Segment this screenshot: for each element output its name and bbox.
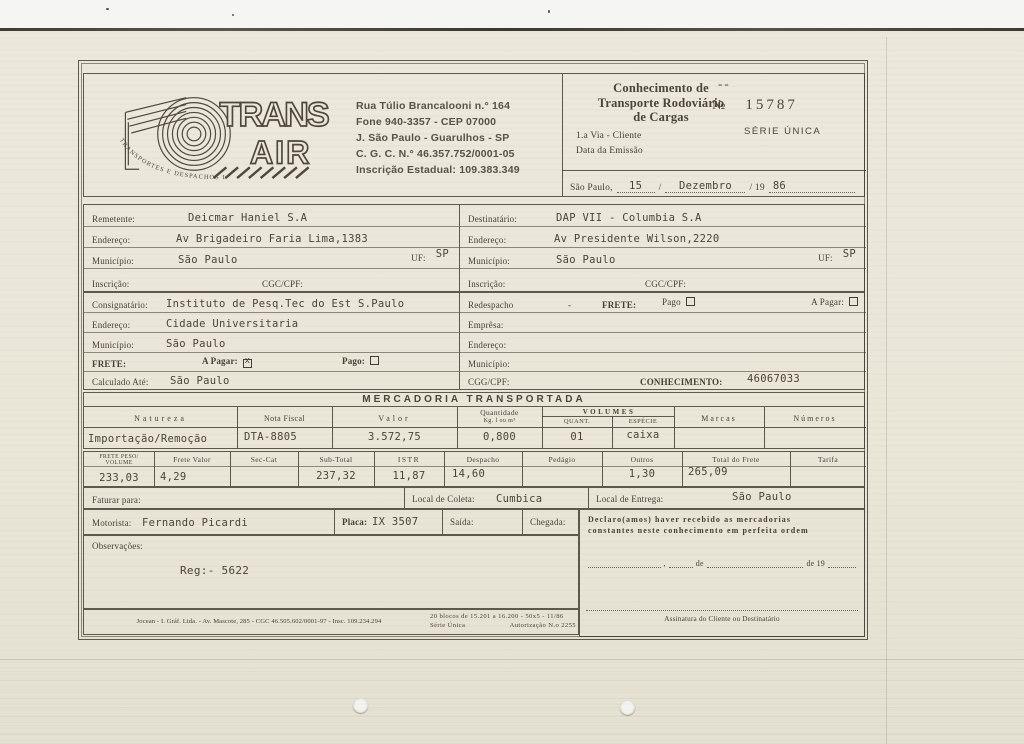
signature-caption: Assinatura do Cliente ou Destinatário xyxy=(580,615,864,623)
inscricao-row: Inscrição: CGC/CPF: xyxy=(84,269,459,291)
placa-label: Placa: xyxy=(342,517,367,527)
scanner-background xyxy=(0,0,1024,30)
endereco-label: Endereço: xyxy=(468,235,542,245)
endereco-label: Endereço: xyxy=(468,340,506,350)
endereco-row: Endereço: Cidade Universitaria xyxy=(84,313,459,333)
destinatario-value: DAP VII - Columbia S.A xyxy=(556,212,702,224)
pago-label: Pago: xyxy=(342,356,365,366)
logo-tagline: TRANSPORTES E DESPACHOS LTDA. xyxy=(96,82,227,181)
emission-date-line: São Paulo, 15 / Dezembro / 19 86 xyxy=(570,173,862,196)
entrega-value: São Paulo xyxy=(732,491,792,503)
driver-row: Motorista: Fernando Picardi Placa: IX 35… xyxy=(83,509,579,535)
header-rule xyxy=(562,170,866,171)
checkbox-mark: x xyxy=(245,356,250,366)
col-header-tarifa: Tarifa xyxy=(790,453,866,465)
logo-word-air: AIR xyxy=(250,134,312,170)
uf-group: UF: SP xyxy=(818,248,856,266)
header-divider xyxy=(562,74,563,196)
paper-fold-line xyxy=(886,37,887,744)
cell-divider xyxy=(404,488,405,508)
via-label: 1.a Via - Cliente xyxy=(576,131,641,141)
date-separator: / xyxy=(659,183,662,193)
declaration-box: Declaro(amos) haver recebido as mercador… xyxy=(579,509,865,637)
col-header-sec-cat: Sec-Cat xyxy=(230,453,298,465)
col-header-pedagio: Pedágio xyxy=(522,453,602,465)
header-underline xyxy=(84,427,866,428)
freight-form: TRANS AIR TRANSPORTES E DESPACHOS LTDA. … xyxy=(78,60,868,640)
autorizacao-label: Autorização N.o 2255 xyxy=(510,622,576,629)
col-header-quantidade-unit: Kg. l ou m³ xyxy=(457,417,542,425)
mercadoria-title: MERCADORIA TRANSPORTADA xyxy=(84,393,864,407)
nota-fiscal-value: DTA-8805 xyxy=(244,431,297,443)
cgg-conhecimento-row: CGG/CPF: CONHECIMENTO: 46067033 xyxy=(460,372,866,389)
municipio-label: Município: xyxy=(468,256,542,266)
pago-label: Pago xyxy=(662,297,681,307)
municipio-value: São Paulo xyxy=(166,338,226,350)
destinatario-row: Destinatário: DAP VII - Columbia S.A xyxy=(460,205,866,227)
municipio-label: Município: xyxy=(92,340,164,350)
a-pagar-label: A Pagar: xyxy=(811,297,844,307)
col-header-nota-fiscal: Nota Fiscal xyxy=(237,411,332,425)
logo-hatch xyxy=(214,167,309,178)
coleta-label: Local de Coleta: xyxy=(412,494,475,504)
cell-divider xyxy=(588,488,589,508)
col-header-especie: ESPÉCIE xyxy=(612,417,674,426)
placa-value: IX 3507 xyxy=(372,516,418,528)
endereco-label: Endereço: xyxy=(92,235,162,245)
scanned-freight-document: TRANS AIR TRANSPORTES E DESPACHOS LTDA. … xyxy=(0,0,1024,744)
entrega-label: Local de Entrega: xyxy=(596,494,663,504)
number-dashes: -- xyxy=(718,76,731,92)
uf-group: UF: SP xyxy=(411,248,449,266)
municipio-label: Município: xyxy=(92,256,162,266)
col-header-quantidade: Quantidade xyxy=(457,407,542,417)
endereco-row: Endereço: Av Presidente Wilson,2220 xyxy=(460,227,866,248)
despacho-value: 14,60 xyxy=(452,468,485,480)
de19-label: de 19 xyxy=(806,559,825,568)
numero-sign: № xyxy=(712,98,725,113)
conhecimento-label: CONHECIMENTO: xyxy=(640,377,722,387)
company-address-block: Rua Túlio Brancalooni n.° 164 Fone 940-3… xyxy=(356,98,561,178)
checkbox-pago-empty xyxy=(686,297,695,306)
a-pagar-group: A Pagar:x xyxy=(202,351,252,369)
cell-divider xyxy=(334,510,335,534)
declaration-line2: constantes neste conhecimento em perfeit… xyxy=(588,526,809,535)
scan-speck xyxy=(232,14,234,16)
consignatario-value: Instituto de Pesq.Tec do Est S.Paulo xyxy=(166,298,404,310)
date-day: 15 xyxy=(617,180,655,193)
motorista-value: Fernando Picardi xyxy=(142,517,248,529)
uf-value: SP xyxy=(843,248,856,260)
endereco-label: Endereço: xyxy=(92,320,164,330)
municipio-row: Município: São Paulo xyxy=(84,333,459,353)
paper-smudges xyxy=(0,671,1024,744)
redespacho-dash: - xyxy=(568,300,571,310)
blank-month xyxy=(707,558,804,568)
quant-value: 01 xyxy=(542,431,612,443)
remetente-row: Remetente: Deicmar Haniel S.A xyxy=(84,205,459,227)
endereco-value: Cidade Universitaria xyxy=(166,318,298,330)
natureza-value: Importação/Remoção xyxy=(88,433,207,445)
redespacho-label: Redespacho xyxy=(468,300,513,310)
billing-row: Faturar para: Local de Coleta: Cumbica L… xyxy=(83,487,865,509)
calculado-value: São Paulo xyxy=(170,375,230,387)
cgc-cpf-label: CGC/CPF: xyxy=(262,279,303,289)
cell-divider xyxy=(522,510,523,534)
conhecimento-value: 46067033 xyxy=(747,373,800,385)
address-line: Rua Túlio Brancalooni n.° 164 xyxy=(356,98,561,114)
date-year: 86 xyxy=(769,180,855,193)
serie-label: SÉRIE ÚNICA xyxy=(744,126,821,137)
print-run-line1: 20 blocos de 15.201 a 16.200 - 50x5 - 11… xyxy=(430,613,576,620)
col-header-frete-peso: FRETE PESO/ VOLUME xyxy=(84,453,154,466)
blank-day xyxy=(669,558,693,568)
chegada-label: Chegada: xyxy=(530,517,566,527)
a-pagar-group: A Pagar: xyxy=(811,292,858,310)
istr-value: 11,87 xyxy=(374,469,444,482)
municipio-label: Município: xyxy=(468,359,510,369)
col-header-despacho: Despacho xyxy=(444,453,522,465)
transair-logo: TRANS AIR TRANSPORTES E DESPACHOS LTDA. xyxy=(96,82,341,184)
municipio-row: Município: São Paulo UF: SP xyxy=(460,248,866,269)
coleta-value: Cumbica xyxy=(496,493,542,505)
observacoes-label: Observações: xyxy=(92,541,143,551)
print-run-info: 20 blocos de 15.201 a 16.200 - 50x5 - 11… xyxy=(430,613,576,629)
address-line: Fone 940-3357 - CEP 07000 xyxy=(356,114,561,130)
punch-hole-left xyxy=(353,698,368,713)
consignatario-row: Consignatário: Instituto de Pesq.Tec do … xyxy=(84,293,459,313)
date-month: Dezembro xyxy=(665,180,745,193)
col-header-quant: QUANT. xyxy=(542,417,612,426)
numero-value: 15787 xyxy=(745,97,798,113)
signature-line xyxy=(586,610,858,611)
frete-row: FRETE: A Pagar:x Pago: xyxy=(84,353,459,372)
valor-value: 3.572,75 xyxy=(332,431,457,443)
inscricao-label: Inscrição: xyxy=(468,279,505,289)
col-header-outros: Outros xyxy=(602,453,682,465)
frete-peso-value: 233,03 xyxy=(84,471,154,484)
remetente-value: Deicmar Haniel S.A xyxy=(188,212,307,224)
consignatario-section: Consignatário: Instituto de Pesq.Tec do … xyxy=(84,293,459,389)
saida-label: Saída: xyxy=(450,517,474,527)
inscricao-row: Inscrição: CGC/CPF: xyxy=(460,269,866,291)
print-run-line2: Série Única Autorização N.o 2255 xyxy=(430,622,576,629)
municipio-value: São Paulo xyxy=(178,254,238,266)
logo-word-trans: TRANS xyxy=(219,96,328,134)
comma: , xyxy=(664,559,666,568)
col-header-volumes: V O L U M E S xyxy=(542,407,674,416)
date-de19: / 19 xyxy=(749,183,764,193)
empresa-row: Emprêsa: xyxy=(460,313,866,333)
destinatario-section: Destinatário: DAP VII - Columbia S.A End… xyxy=(460,205,866,291)
observations-box: Observações: Reg:- 5622 xyxy=(83,535,579,609)
address-line: C. G. C. N.° 46.357.752/0001-05 xyxy=(356,146,561,162)
col-header-istr: ISTR xyxy=(374,453,444,465)
uf-value: SP xyxy=(436,248,449,260)
checkbox-a-pagar-checked: x xyxy=(243,359,252,368)
punch-hole-right xyxy=(620,700,635,715)
calculado-label: Calculado Até: xyxy=(92,377,164,387)
print-shop-info: Jocean - I. Gráf. Ltda. - Av. Mascote, 2… xyxy=(94,618,424,625)
document-number: № 15787 xyxy=(712,96,798,114)
frete-label: FRETE: xyxy=(92,359,126,369)
serie-unica-label: Série Única xyxy=(430,622,465,629)
emission-label: Data da Emissão xyxy=(576,146,643,156)
remetente-section: Remetente: Deicmar Haniel S.A Endereço: … xyxy=(84,205,459,291)
checkbox-pago-empty xyxy=(370,356,379,365)
paper-crease-line xyxy=(0,659,1024,660)
outros-value: 1,30 xyxy=(602,467,682,480)
cgc-cpf-label: CGC/CPF: xyxy=(645,279,686,289)
blank-city xyxy=(588,558,661,568)
sub-total-value: 237,32 xyxy=(298,469,374,482)
consignatario-label: Consignatário: xyxy=(92,300,164,310)
de-label: de xyxy=(696,559,704,568)
total-frete-value: 265,09 xyxy=(688,466,728,478)
col-header-frete-valor: Frete Valor xyxy=(154,453,230,465)
a-pagar-label: A Pagar: xyxy=(202,356,238,366)
quantidade-value: 0,800 xyxy=(457,431,542,443)
motorista-label: Motorista: xyxy=(92,518,132,528)
redespacho-row: Redespacho - FRETE: Pago A Pagar: xyxy=(460,293,866,313)
cell-divider xyxy=(442,510,443,534)
col-header-marcas: Marcas xyxy=(674,411,764,425)
col-header-natureza: Natureza xyxy=(84,411,237,425)
uf-label: UF: xyxy=(411,253,426,263)
redespacho-section: Redespacho - FRETE: Pago A Pagar: Emprês… xyxy=(460,293,866,389)
cgg-label: CGG/CPF: xyxy=(468,377,510,387)
remetente-label: Remetente: xyxy=(92,214,162,224)
checkbox-a-pagar-empty xyxy=(849,297,858,306)
uf-label: UF: xyxy=(818,253,833,263)
especie-value: caixa xyxy=(612,429,674,441)
frete-label: FRETE: xyxy=(602,300,636,310)
address-line: Inscrição Estadual: 109.383.349 xyxy=(356,162,561,178)
blank-year xyxy=(828,558,856,568)
parties-band: Remetente: Deicmar Haniel S.A Endereço: … xyxy=(83,204,865,292)
declaration-line1: Declaro(amos) haver recebido as mercador… xyxy=(588,515,791,524)
scan-speck xyxy=(548,10,550,13)
endereco-value: Av Brigadeiro Faria Lima,1383 xyxy=(176,233,368,245)
frete-values-table: FRETE PESO/ VOLUME Frete Valor Sec-Cat S… xyxy=(83,451,865,487)
endereco-value: Av Presidente Wilson,2220 xyxy=(554,233,720,245)
endereco-row: Endereço: xyxy=(460,333,866,353)
print-shop-footer: Jocean - I. Gráf. Ltda. - Av. Mascote, 2… xyxy=(83,609,579,635)
mercadoria-table: MERCADORIA TRANSPORTADA Natureza Nota Fi… xyxy=(83,392,865,449)
address-line: J. São Paulo - Guarulhos - SP xyxy=(356,130,561,146)
faturar-label: Faturar para: xyxy=(92,495,141,505)
date-city: São Paulo, xyxy=(570,183,613,193)
endereco-row: Endereço: Av Brigadeiro Faria Lima,1383 xyxy=(84,227,459,248)
municipio-row: Município: São Paulo UF: SP xyxy=(84,248,459,269)
header-underline xyxy=(84,466,866,467)
paper-sheet: TRANS AIR TRANSPORTES E DESPACHOS LTDA. … xyxy=(0,31,1024,744)
pago-group: Pago: xyxy=(342,351,379,369)
scan-speck xyxy=(106,8,109,10)
observacoes-value: Reg:- 5622 xyxy=(180,564,249,577)
consignee-band: Consignatário: Instituto de Pesq.Tec do … xyxy=(83,292,865,390)
destinatario-label: Destinatário: xyxy=(468,214,542,224)
col-header-sub-total: Sub-Total xyxy=(298,453,374,465)
pago-group: Pago xyxy=(662,292,695,310)
form-header: TRANS AIR TRANSPORTES E DESPACHOS LTDA. … xyxy=(83,73,865,197)
declaration-date-line: , de de 19 xyxy=(588,554,856,568)
col-header-total-frete: Total do Frete xyxy=(682,453,790,465)
inscricao-label: Inscrição: xyxy=(92,279,129,289)
municipio-row: Município: xyxy=(460,353,866,372)
municipio-value: São Paulo xyxy=(556,254,616,266)
calculado-row: Calculado Até: São Paulo xyxy=(84,372,459,389)
empresa-label: Emprêsa: xyxy=(468,320,504,330)
frete-valor-value: 4,29 xyxy=(160,471,187,483)
col-header-numeros: Números xyxy=(764,411,866,425)
col-header-valor: Valor xyxy=(332,411,457,425)
